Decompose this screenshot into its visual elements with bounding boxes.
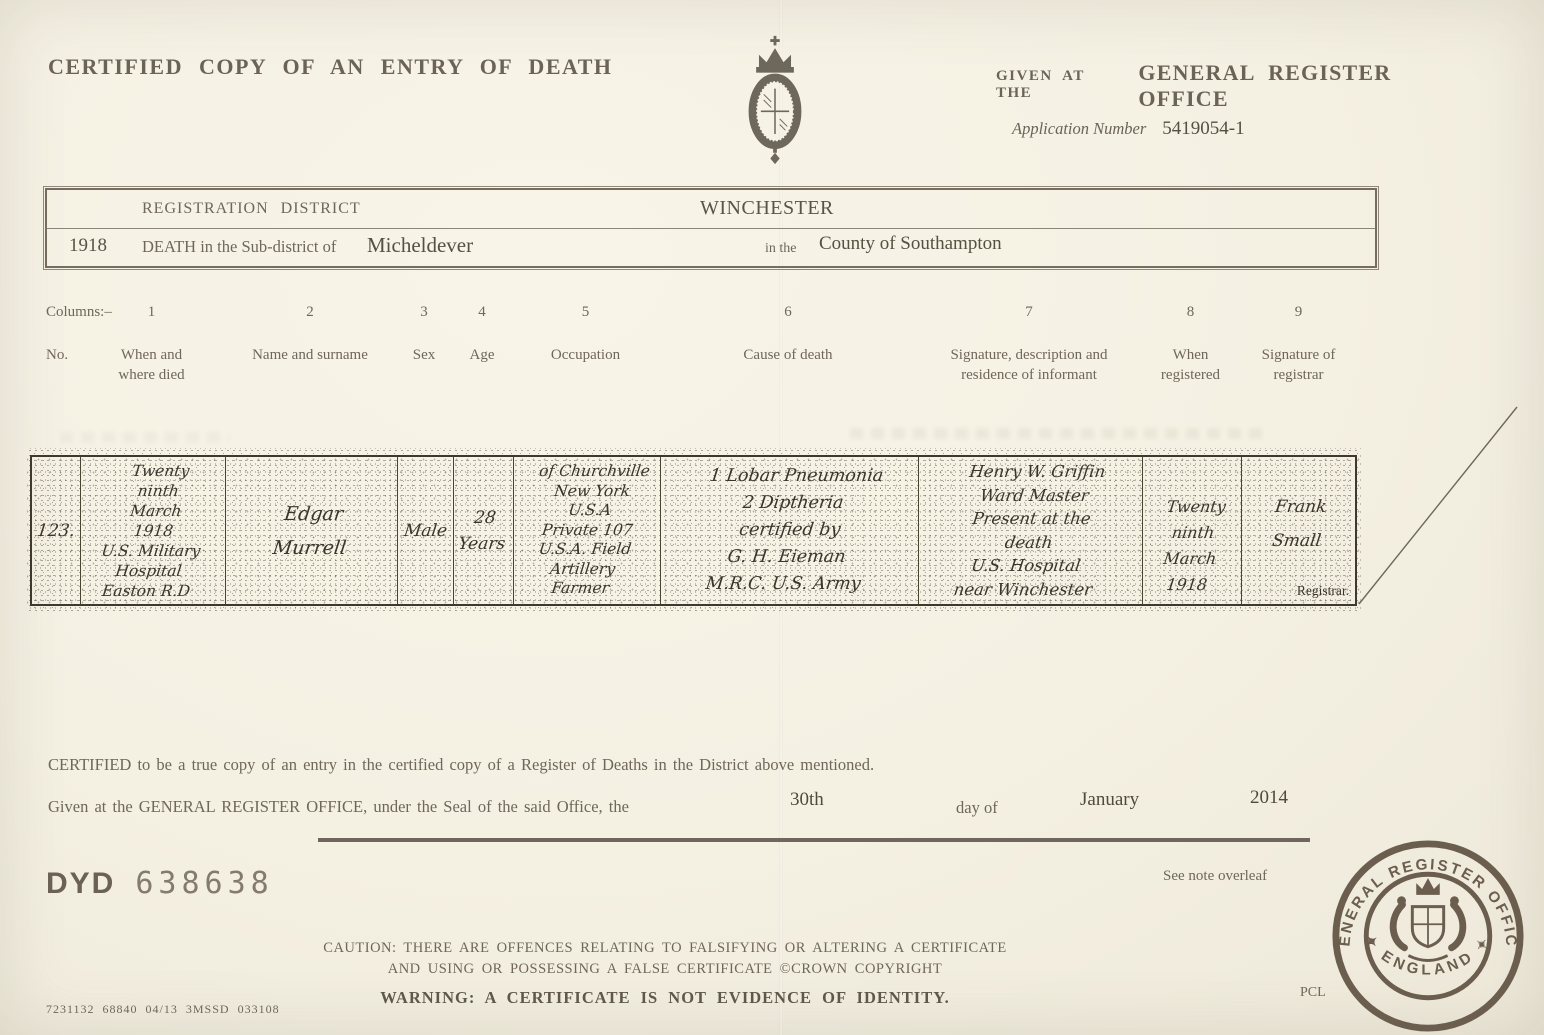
column-label-name-surname: Name and surname xyxy=(224,346,396,385)
caution-block: CAUTION: THERE ARE OFFENCES RELATING TO … xyxy=(270,938,1060,1008)
entry-sex-cell: Male xyxy=(398,457,454,604)
entry-when-where-died: Twenty ninth March 1918 U.S. Military Ho… xyxy=(95,461,211,601)
column-number-1: 1 xyxy=(79,303,224,323)
death-certificate-page: CERTIFIED COPY OF AN ENTRY OF DEATH GIVE… xyxy=(0,0,1544,1035)
given-at-prefix: GIVEN AT THE xyxy=(996,68,1126,102)
application-number-label: Application Number xyxy=(1012,119,1146,139)
column-label-age: Age xyxy=(452,346,512,385)
column-label-when-where-died: When and where died xyxy=(79,346,224,385)
entry-when-where-died-cell: Twenty ninth March 1918 U.S. Military Ho… xyxy=(81,457,226,604)
issue-year: 2014 xyxy=(1250,787,1288,809)
given-at-header: GIVEN AT THE GENERAL REGISTER OFFICE xyxy=(996,60,1484,112)
certificate-serial: DYD 638638 xyxy=(46,866,274,901)
columns-label: Columns:– xyxy=(30,303,79,323)
entry-age: 28 Years xyxy=(457,505,510,557)
warning-line: WARNING: A CERTIFICATE IS NOT EVIDENCE O… xyxy=(270,988,1060,1008)
registration-district-value: WINCHESTER xyxy=(700,197,834,220)
in-the-label: in the xyxy=(765,241,797,257)
column-number-4: 4 xyxy=(452,303,512,323)
serial-number: 638638 xyxy=(135,866,273,901)
column-number-9: 9 xyxy=(1240,303,1357,323)
certified-statement: CERTIFIED to be a true copy of an entry … xyxy=(48,755,874,775)
column-label-cause-of-death: Cause of death xyxy=(659,346,917,385)
entry-cause-of-death-cell: 1 Lobar Pneumonia 2 Diptheria certified … xyxy=(661,457,919,604)
caution-line-1: CAUTION: THERE ARE OFFENCES RELATING TO … xyxy=(270,938,1060,959)
entry-name-cell: Edgar Murrell xyxy=(226,457,398,604)
issue-day: 30th xyxy=(790,789,824,811)
column-number-5: 5 xyxy=(512,303,659,323)
registration-row-death: 1918 DEATH in the Sub-district of Michel… xyxy=(47,229,1375,266)
application-number-value: 5419054-1 xyxy=(1162,118,1244,140)
entry-cause-of-death: 1 Lobar Pneumonia 2 Diptheria certified … xyxy=(694,463,884,598)
registration-district-label: REGISTRATION DISTRICT xyxy=(142,200,361,218)
column-label-when-registered: When registered xyxy=(1141,346,1240,385)
column-number-7: 7 xyxy=(917,303,1141,323)
seal-crest-icon xyxy=(1393,878,1463,960)
column-label-no: No. xyxy=(30,346,79,385)
caution-line-2: AND USING OR POSSESSING A FALSE CERTIFIC… xyxy=(270,959,1060,980)
gro-seal-icon: GENERAL REGISTER OFFICE ✦ ENGLAND ✦ xyxy=(1330,838,1526,1034)
register-entry-row: 123. Twenty ninth March 1918 U.S. Milita… xyxy=(30,455,1357,606)
royal-crest-icon xyxy=(722,34,828,166)
issue-month: January xyxy=(1080,789,1139,811)
entry-informant-cell: Henry W. Griffin Ward Master Present at … xyxy=(919,457,1143,604)
document-title: CERTIFIED COPY OF AN ENTRY OF DEATH xyxy=(48,54,613,80)
entry-name: Edgar Murrell xyxy=(271,497,353,565)
entry-sex: Male xyxy=(403,521,449,541)
column-number-2: 2 xyxy=(224,303,396,323)
entry-no: 123. xyxy=(36,521,76,541)
county-value: County of Southampton xyxy=(819,233,1002,255)
day-of-label: day of xyxy=(956,798,998,818)
death-subdistrict-prefix: DEATH in the Sub-district of xyxy=(142,237,336,257)
column-label-sex: Sex xyxy=(396,346,452,385)
entry-registrar-signature: Frank Small xyxy=(1269,490,1329,558)
column-number-6: 6 xyxy=(659,303,917,323)
column-labels-row: No. When and where died Name and surname… xyxy=(30,346,1357,385)
register-entry-strip: 123. Twenty ninth March 1918 U.S. Milita… xyxy=(27,448,1361,614)
serial-prefix: DYD xyxy=(46,867,115,901)
column-label-signature-registrar: Signature of registrar xyxy=(1240,346,1357,385)
application-number-row: Application Number 5419054-1 xyxy=(1012,118,1245,140)
show-through-smudge xyxy=(850,428,1270,439)
office-name: GENERAL REGISTER OFFICE xyxy=(1138,60,1484,112)
column-numbers-row: Columns:– 1 2 3 4 5 6 7 8 9 xyxy=(30,303,1357,323)
column-label-informant: Signature, description and residence of … xyxy=(917,346,1141,385)
subdistrict-value: Micheldever xyxy=(367,233,473,258)
entry-when-registered: Twenty ninth March 1918 xyxy=(1156,494,1228,598)
show-through-smudge xyxy=(60,432,230,443)
entry-age-cell: 28 Years xyxy=(454,457,514,604)
pcl-label: PCL xyxy=(1300,985,1326,1001)
registration-year: 1918 xyxy=(69,235,107,257)
registration-row-district: REGISTRATION DISTRICT WINCHESTER xyxy=(47,190,1375,229)
entry-informant: Henry W. Griffin Ward Master Present at … xyxy=(953,460,1109,601)
print-code: 7231132 68840 04/13 3MSSD 033108 xyxy=(46,1002,280,1017)
entry-registrar-cell: Frank Small Registrar. xyxy=(1242,457,1355,604)
entry-no-cell: 123. xyxy=(32,457,81,604)
entry-when-registered-cell: Twenty ninth March 1918 xyxy=(1143,457,1242,604)
registration-box: REGISTRATION DISTRICT WINCHESTER 1918 DE… xyxy=(45,188,1377,268)
column-label-occupation: Occupation xyxy=(512,346,659,385)
see-note-overleaf: See note overleaf xyxy=(1163,868,1267,885)
horizontal-rule xyxy=(318,838,1310,842)
column-number-8: 8 xyxy=(1141,303,1240,323)
column-number-3: 3 xyxy=(396,303,452,323)
entry-occupation-cell: of Churchville New York U.S.A Private 10… xyxy=(514,457,661,604)
entry-occupation: of Churchville New York U.S.A Private 10… xyxy=(523,462,650,599)
registrar-label: Registrar. xyxy=(1297,583,1349,599)
given-at-statement: Given at the GENERAL REGISTER OFFICE, un… xyxy=(48,797,629,817)
